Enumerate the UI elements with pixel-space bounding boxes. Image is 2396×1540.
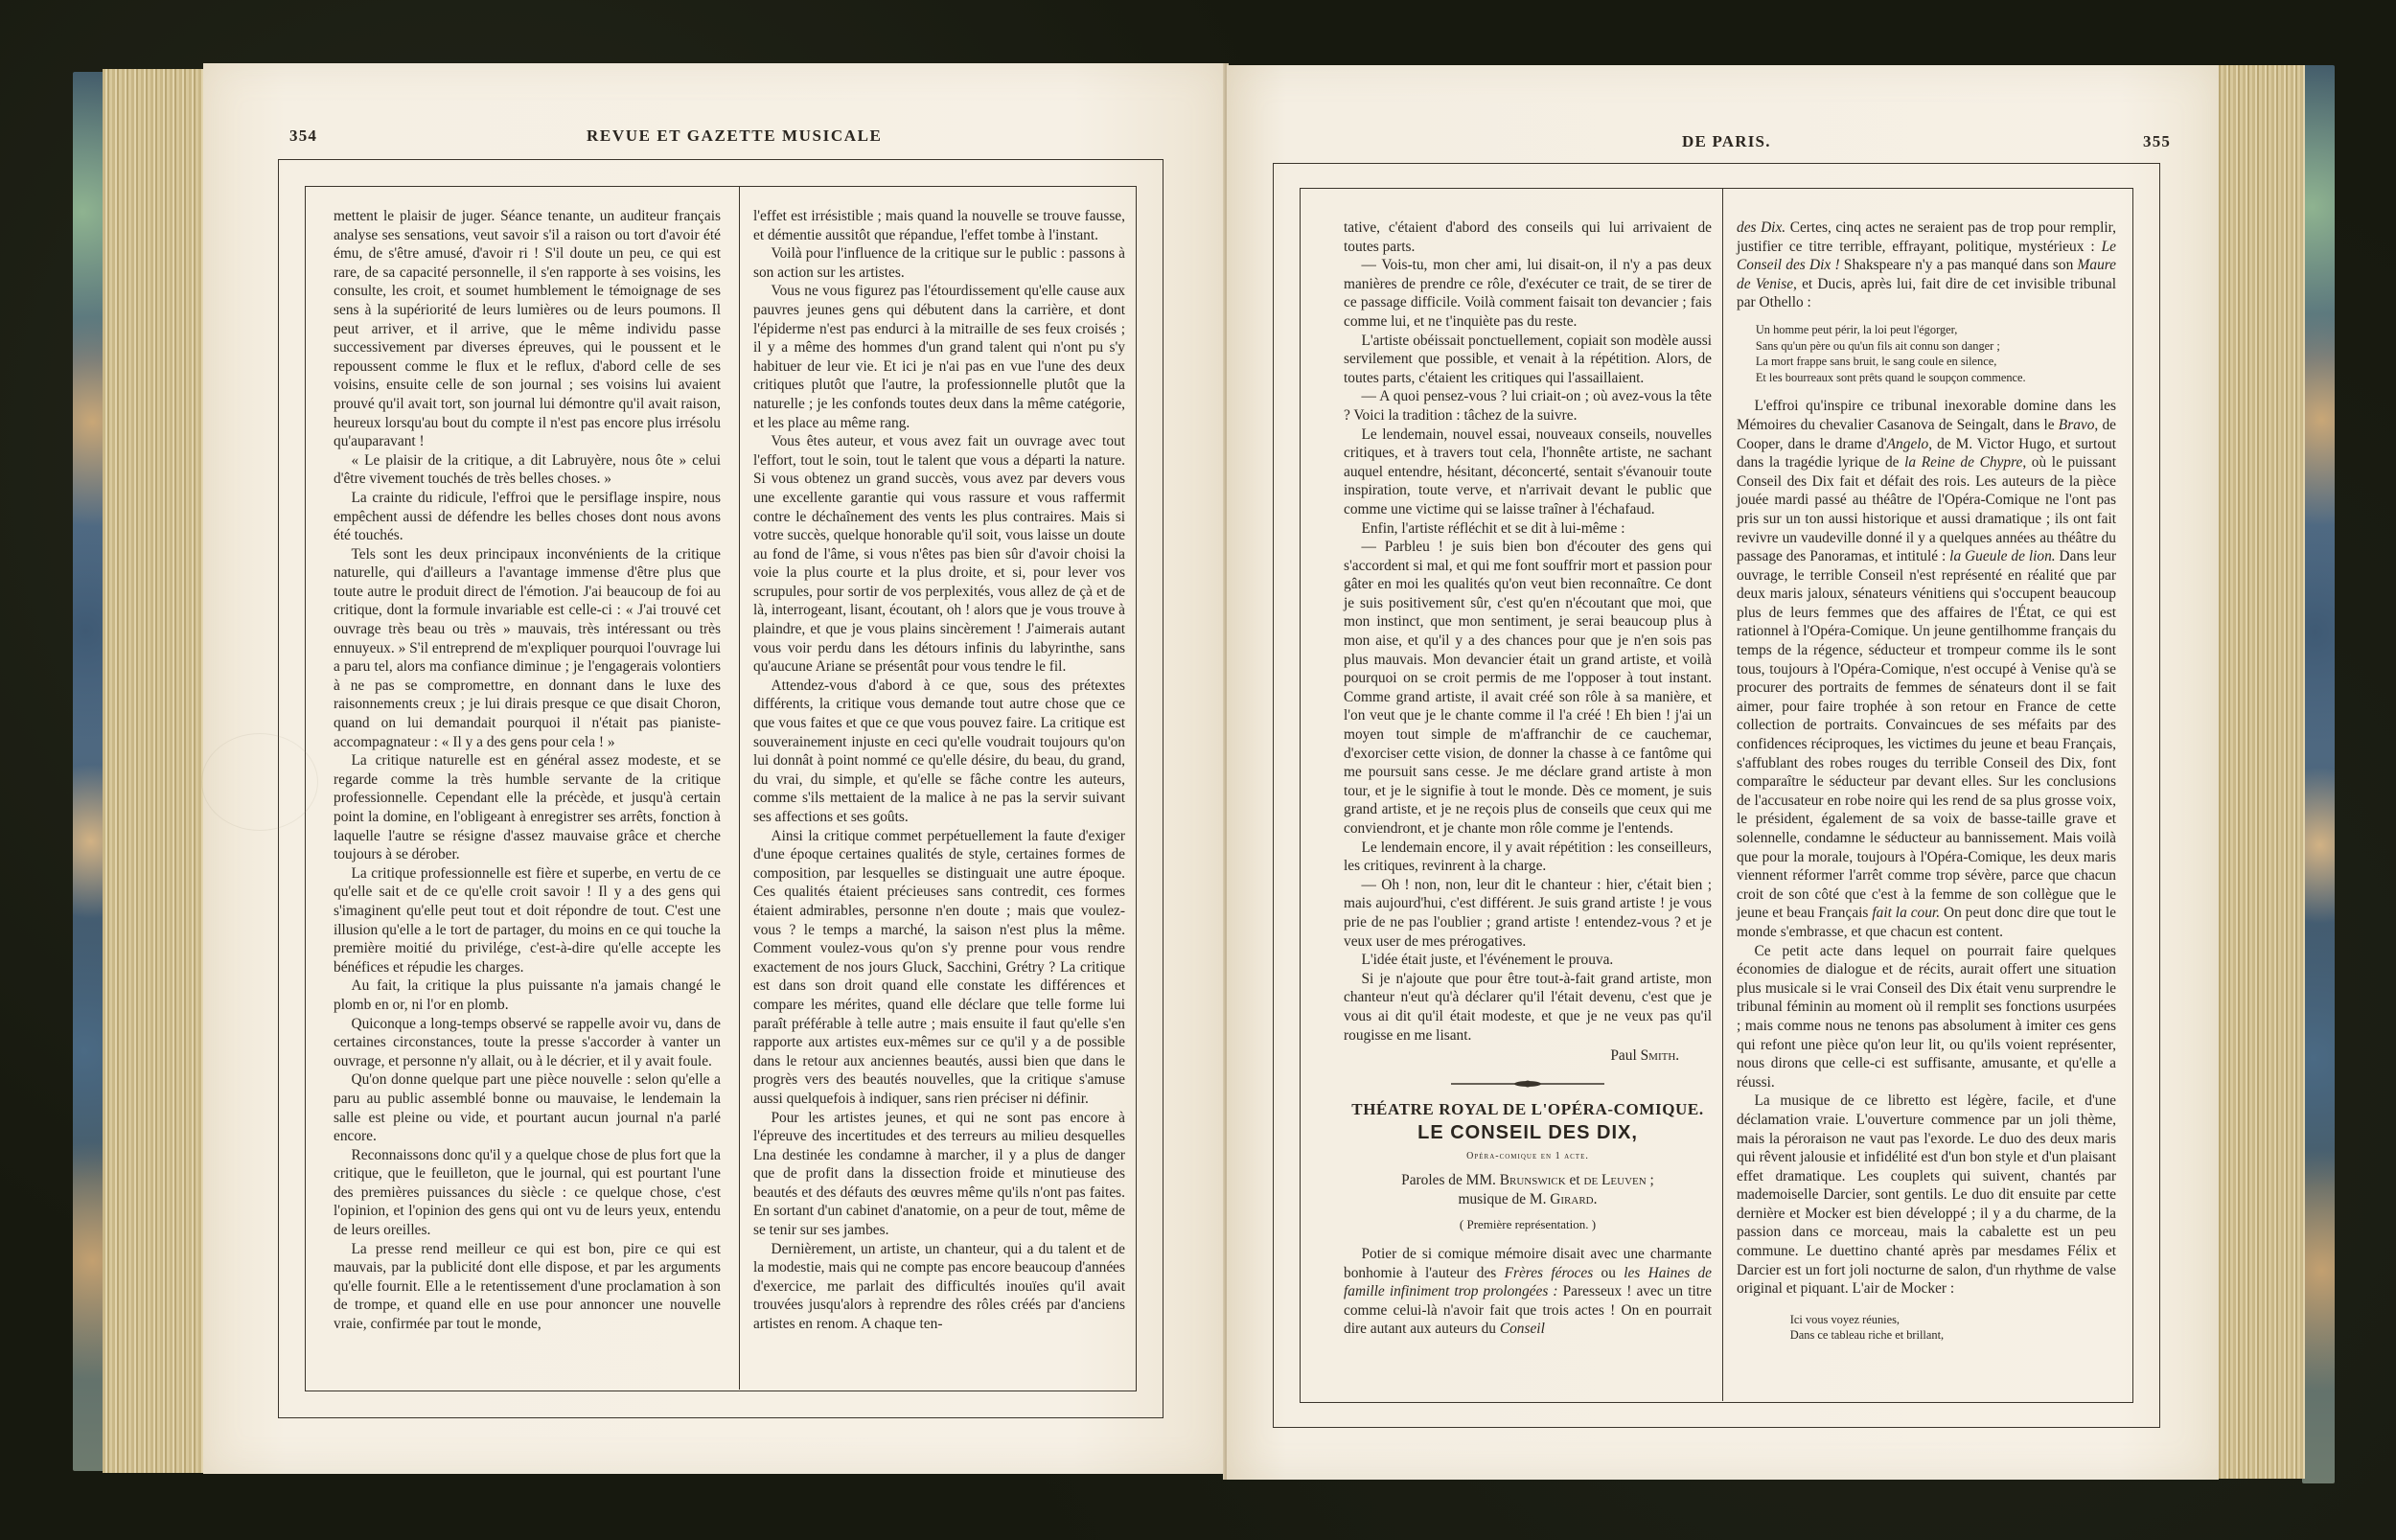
marbled-cover-left (73, 72, 105, 1471)
page-number-right: 355 (2143, 132, 2171, 151)
premiere-note: ( Première représentation. ) (1344, 1215, 1712, 1234)
paragraph: La crainte du ridicule, l'effroi que le … (334, 489, 721, 545)
paragraph: L'effroi qu'inspire ce tribunal inexorab… (1737, 397, 2116, 941)
paragraph: Ainsi la critique commet perpétuellement… (753, 827, 1125, 1109)
column-rule-left (739, 186, 740, 1390)
credits: Paroles de MM. Brunswick et de Leuven ; … (1344, 1171, 1712, 1209)
paragraph: mettent le plaisir de juger. Séance tena… (334, 207, 721, 451)
page-edges-left (103, 69, 208, 1473)
paragraph: Vous êtes auteur, et vous avez fait un o… (753, 432, 1125, 677)
paragraph: Vous ne vous figurez pas l'étourdissemen… (753, 282, 1125, 432)
piece-title: LE CONSEIL DES DIX, (1344, 1124, 1712, 1143)
paragraph: des Dix. Certes, cinq actes ne seraient … (1737, 218, 2116, 312)
paragraph: Enfin, l'artiste réfléchit et se dit à l… (1344, 519, 1712, 539)
column-rule-right (1722, 188, 1723, 1401)
page-number-left: 354 (289, 126, 317, 146)
right-page: DE PARIS. 355 tative, c'étaient d'abord … (1227, 65, 2219, 1480)
author-name: de Leuven (1584, 1172, 1647, 1188)
paragraph: La critique professionnelle est fière et… (334, 864, 721, 977)
paragraph: Pour les artistes jeunes, et qui ne sont… (753, 1109, 1125, 1240)
paragraph: tative, c'étaient d'abord des conseils q… (1344, 218, 1712, 256)
right-column-2: des Dix. Certes, cinq actes ne seraient … (1737, 218, 2116, 1355)
paragraph: Tels sont les deux principaux inconvénie… (334, 545, 721, 752)
paragraph: Quiconque a long-temps observé se rappel… (334, 1015, 721, 1071)
theatre-heading: THÉATRE ROYAL DE L'OPÉRA-COMIQUE. (1344, 1100, 1712, 1119)
left-column-1: mettent le plaisir de juger. Séance tena… (334, 207, 721, 1334)
left-column-2: l'effet est irrésistible ; mais quand la… (753, 207, 1125, 1334)
author-signature: Paul Smith. (1344, 1046, 1712, 1066)
genre-subtitle: Opéra-comique en 1 acte. (1344, 1147, 1712, 1166)
paragraph: Dernièrement, un artiste, un chanteur, q… (753, 1240, 1125, 1334)
paragraph: — A quoi pensez-vous ? lui criait-on ; o… (1344, 387, 1712, 425)
paragraph: La presse rend meilleur ce qui est bon, … (334, 1240, 721, 1334)
paragraph: L'artiste obéissait ponctuellement, copi… (1344, 332, 1712, 388)
paragraph: Voilà pour l'influence de la critique su… (753, 244, 1125, 282)
paragraph: Si je n'ajoute que pour être tout-à-fait… (1344, 970, 1712, 1045)
paragraph: La critique naturelle est en général ass… (334, 751, 721, 864)
ornament-rule-icon (1451, 1079, 1604, 1089)
paragraph: Reconnaissons donc qu'il y a quelque cho… (334, 1146, 721, 1240)
paragraph: Ce petit acte dans lequel on pourrait fa… (1737, 942, 2116, 1092)
paragraph: l'effet est irrésistible ; mais quand la… (753, 207, 1125, 244)
paragraph: Au fait, la critique la plus puissante n… (334, 977, 721, 1014)
running-head-left: REVUE ET GAZETTE MUSICALE (587, 126, 882, 146)
quote-paragraph: « Le plaisir de la critique, a dit Labru… (334, 451, 721, 489)
paragraph: La musique de ce libretto est légère, fa… (1737, 1092, 2116, 1299)
paragraph: Attendez-vous d'abord à ce que, sous des… (753, 677, 1125, 827)
paragraph: Le lendemain, nouvel essai, nouveaux con… (1344, 425, 1712, 519)
left-page: 354 REVUE ET GAZETTE MUSICALE mettent le… (203, 63, 1227, 1474)
paragraph: L'idée était juste, et l'événement le pr… (1344, 951, 1712, 970)
page-edges-right (2214, 65, 2305, 1479)
paragraph: — Vois-tu, mon cher ami, lui disait-on, … (1344, 256, 1712, 331)
composer-name: Girard (1550, 1191, 1593, 1207)
paragraph: — Oh ! non, non, leur dit le chanteur : … (1344, 876, 1712, 951)
running-head-right: DE PARIS. (1682, 132, 1771, 151)
section-divider-ornament (1344, 1079, 1712, 1089)
marbled-cover-right (2302, 65, 2335, 1483)
paragraph: Qu'on donne quelque part une pièce nouve… (334, 1070, 721, 1145)
paragraph: Le lendemain encore, il y avait répétiti… (1344, 839, 1712, 876)
verse-quotation: Ici vous voyez réunies, Dans ce tableau … (1737, 1312, 2116, 1344)
library-stamp-faint (201, 733, 318, 831)
right-column-1: tative, c'étaient d'abord des conseils q… (1344, 218, 1712, 1339)
paragraph: — Parbleu ! je suis bien bon d'écouter d… (1344, 538, 1712, 839)
verse-quotation: Un homme peut périr, la loi peut l'égorg… (1737, 322, 2116, 385)
author-name: Brunswick (1500, 1172, 1566, 1188)
review-intro-paragraph: Potier de si comique mémoire disait avec… (1344, 1245, 1712, 1339)
